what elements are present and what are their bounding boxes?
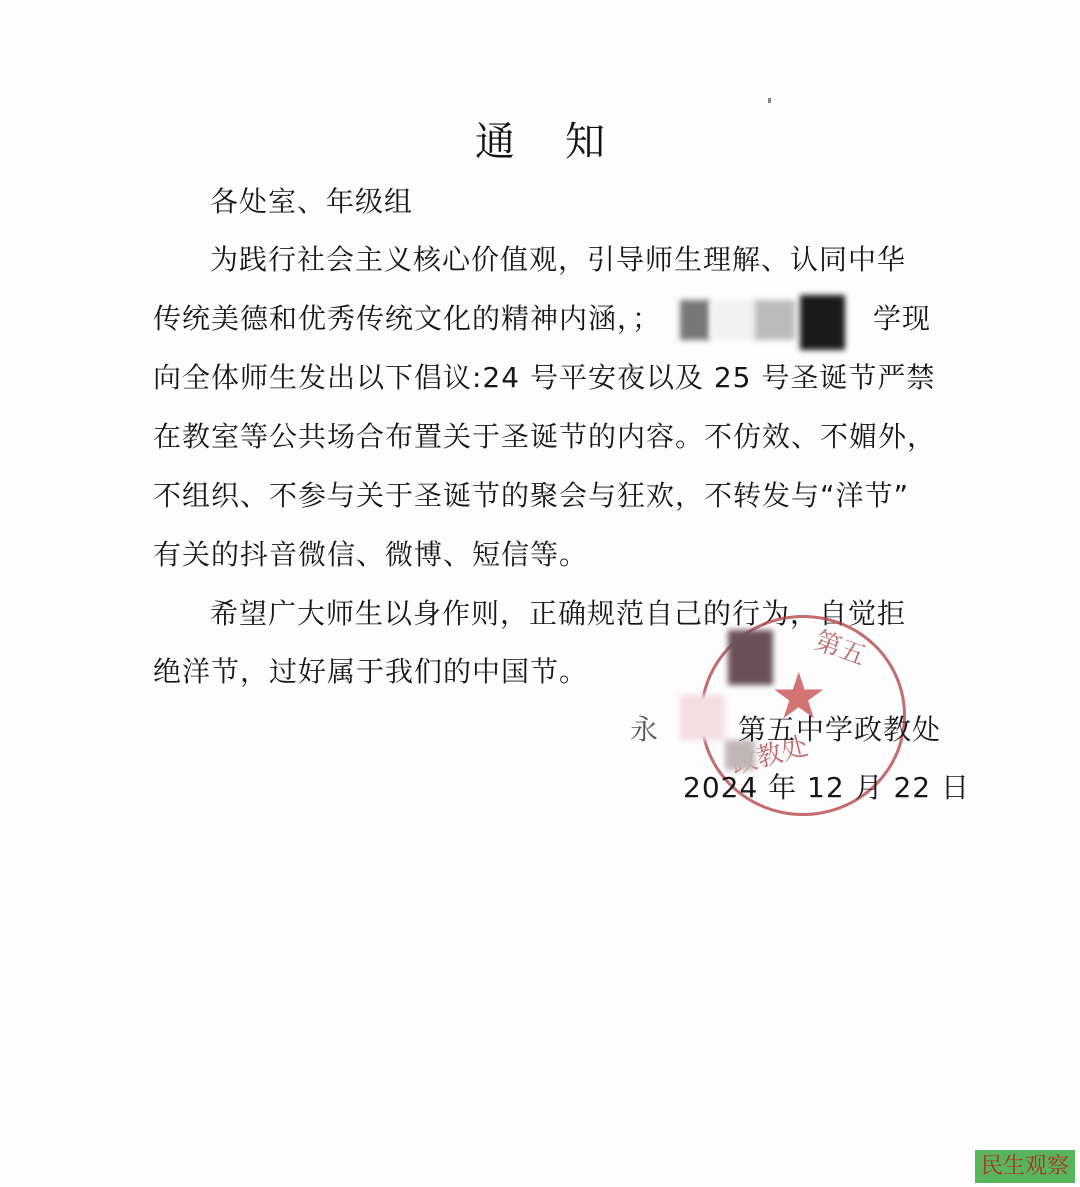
redacted-block (728, 630, 773, 685)
signature-date: 2024 年 12 月 22 日 (683, 766, 970, 806)
paragraph1-line3: 向全体师生发出以下倡议:24 号平安夜以及 25 号圣诞节严禁 (153, 356, 935, 396)
signature-prefix: 永 (630, 708, 659, 748)
paragraph1-line2: 传统美德和优秀传统文化的精神内涵，； (153, 297, 661, 337)
watermark-badge: 民生观察 (975, 1150, 1075, 1183)
redacted-block (680, 695, 725, 740)
paragraph1-line5: 不组织、不参与关于圣诞节的聚会与狂欢，不转发与“洋节” (153, 474, 909, 514)
paragraph1-line4: 在教室等公共场合布置关于圣诞节的内容。不仿效、不媚外， (153, 415, 936, 455)
document-page: 通知 各处室、年级组 为践行社会主义核心价值观，引导师生理解、认同中华 传统美德… (0, 0, 1080, 1187)
redacted-block (800, 295, 845, 350)
signature-org: 第五中学政教处 (738, 708, 941, 748)
redacted-block (710, 300, 760, 340)
redacted-block (680, 300, 710, 340)
redacted-block (755, 300, 795, 340)
paragraph1-line6: 有关的抖音微信、微博、短信等。 (153, 533, 588, 573)
document-title: 通知 (0, 110, 1080, 167)
paragraph1-line1: 为践行社会主义核心价值观，引导师生理解、认同中华 (210, 238, 906, 278)
speck (768, 98, 771, 103)
addressee: 各处室、年级组 (210, 180, 413, 220)
paragraph1-line2-end: 学现 (873, 297, 931, 337)
paragraph2-line2: 绝洋节，过好属于我们的中国节。 (153, 650, 588, 690)
